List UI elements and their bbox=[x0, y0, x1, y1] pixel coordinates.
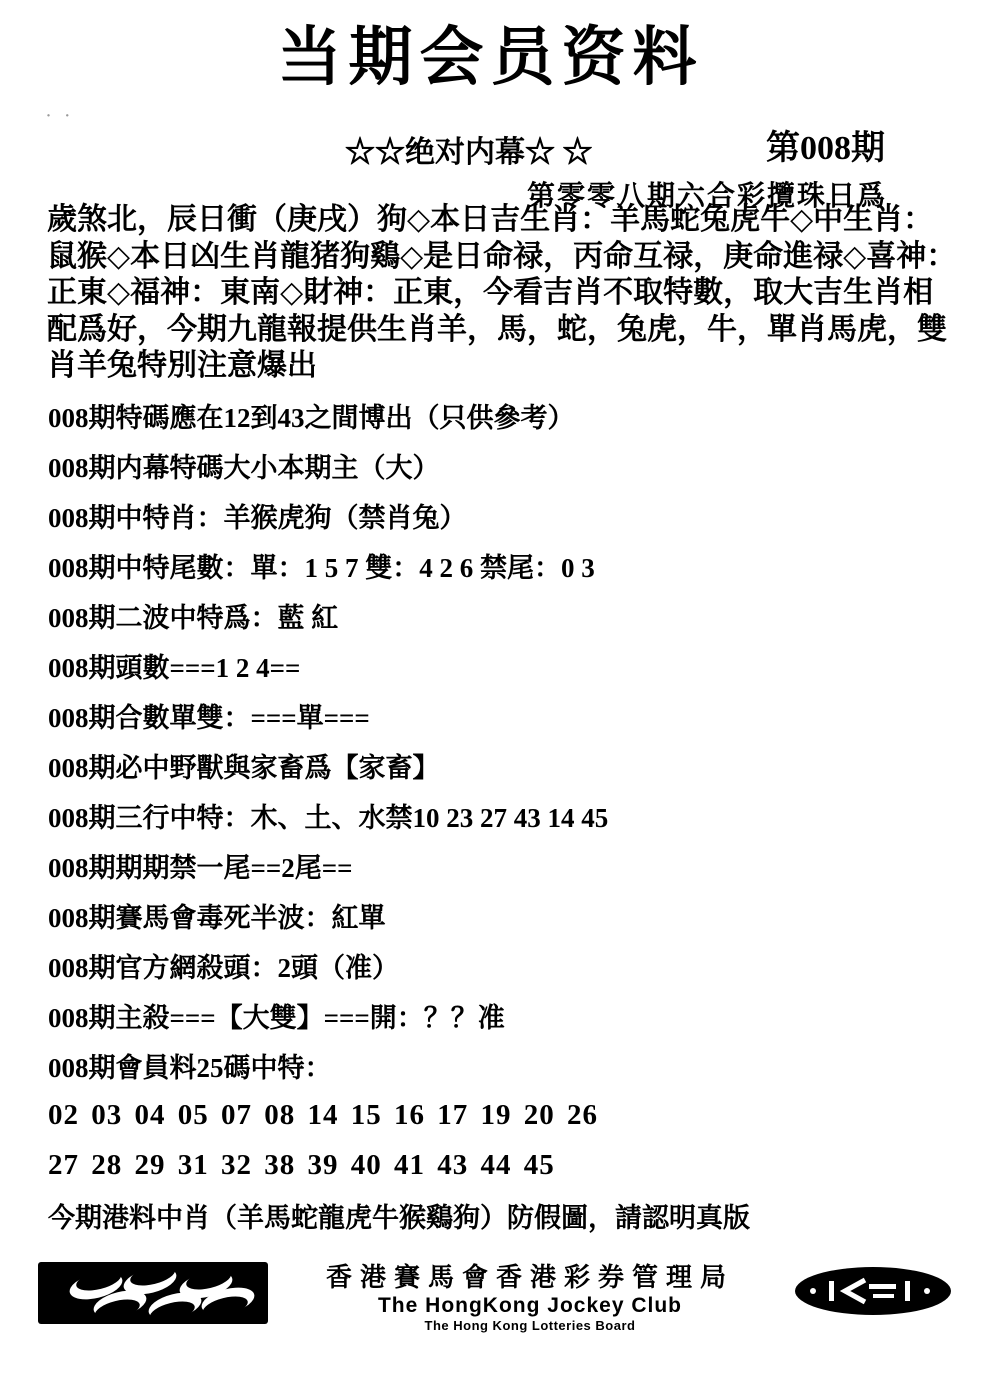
issue-number: 第008期 bbox=[766, 120, 885, 169]
tip-line-tail-numbers: 008期中特尾數：單：1 5 7 雙：4 2 6 禁尾：0 3 bbox=[48, 540, 968, 590]
tips-list: 008期特碼應在12到43之間博出（只供參考） 008期内幕特碼大小本期主（大）… bbox=[48, 390, 968, 1240]
tip-line-banned-tail: 008期期期禁一尾==2尾== bbox=[48, 840, 968, 890]
tip-line-25-codes-header: 008期會員料25碼中特： bbox=[48, 1040, 968, 1090]
numbers-row-1: 02 03 04 05 07 08 14 15 16 17 19 20 26 bbox=[48, 1090, 968, 1140]
almanac-line: 歲煞北，辰日衝（庚戌）狗◇本日吉生肖：羊馬蛇兔虎牛◇中生肖： bbox=[47, 202, 957, 239]
lottery-tip-sheet: 当期会员资料 · · ☆☆绝对内幕☆ ☆ 第008期 第零零八期六合彩攬珠日爲 … bbox=[0, 0, 981, 1388]
footer-org-english: The HongKong Jockey Club bbox=[290, 1294, 770, 1318]
lotteries-board-oval-seal-icon bbox=[793, 1263, 953, 1319]
almanac-line: 配爲好，今期九龍報提供生肖羊，馬，蛇，兔虎，牛，單肖馬虎，雙 bbox=[47, 312, 957, 349]
tip-line-wild-domestic: 008期必中野獸與家畜爲【家畜】 bbox=[48, 740, 968, 790]
tip-line-two-waves: 008期二波中特爲：藍 紅 bbox=[48, 590, 968, 640]
footer: 香港賽馬會香港彩券管理局 The HongKong Jockey Club Th… bbox=[0, 1255, 981, 1355]
tip-line-three-elements: 008期三行中特：木、土、水禁10 23 27 43 14 45 bbox=[48, 790, 968, 840]
bottom-note-anti-fake: 今期港料中肖（羊馬蛇龍虎牛猴鷄狗）防假圖，請認明真版 bbox=[48, 1190, 968, 1240]
tip-line-kill-head: 008期官方網殺頭：2頭（准） bbox=[48, 940, 968, 990]
tip-line-big-small: 008期内幕特碼大小本期主（大） bbox=[48, 440, 968, 490]
jockey-club-crescents-logo-icon bbox=[38, 1262, 268, 1324]
tip-line-poison-halfwave: 008期賽馬會毒死半波：紅單 bbox=[48, 890, 968, 940]
tip-line-sum-odd-even: 008期合數單雙：===單=== bbox=[48, 690, 968, 740]
tip-line-head-numbers: 008期頭數===1 2 4== bbox=[48, 640, 968, 690]
tip-line-zodiac: 008期中特肖：羊猴虎狗（禁肖兔） bbox=[48, 490, 968, 540]
almanac-paragraph: 歲煞北，辰日衝（庚戌）狗◇本日吉生肖：羊馬蛇兔虎牛◇中生肖： 鼠猴◇本日凶生肖龍… bbox=[47, 202, 957, 385]
almanac-line: 肖羊兔特別注意爆出 bbox=[47, 348, 957, 385]
subtitle-inside-scoop: ☆☆绝对内幕☆ ☆ bbox=[345, 127, 593, 171]
footer-organization-block: 香港賽馬會香港彩券管理局 The HongKong Jockey Club Th… bbox=[290, 1257, 770, 1333]
numbers-row-2: 27 28 29 31 32 38 39 40 41 43 44 45 bbox=[48, 1140, 968, 1190]
tip-line-special-range: 008期特碼應在12到43之間博出（只供參考） bbox=[48, 390, 968, 440]
footer-org-english-sub: The Hong Kong Lotteries Board bbox=[290, 1318, 770, 1333]
almanac-line: 正東◇福神：東南◇財神：正東，今看吉肖不取特數，取大吉生肖相 bbox=[47, 275, 957, 312]
almanac-line: 鼠猴◇本日凶生肖龍猪狗鷄◇是日命禄，丙命互禄，庚命進禄◇喜神： bbox=[47, 239, 957, 276]
tip-line-main-kill: 008期主殺===【大雙】===開：？？准 bbox=[48, 990, 968, 1040]
footer-org-chinese: 香港賽馬會香港彩券管理局 bbox=[290, 1257, 770, 1294]
page-title: 当期会员资料 bbox=[0, 18, 981, 98]
scan-artifact-dots: · · bbox=[46, 108, 75, 125]
